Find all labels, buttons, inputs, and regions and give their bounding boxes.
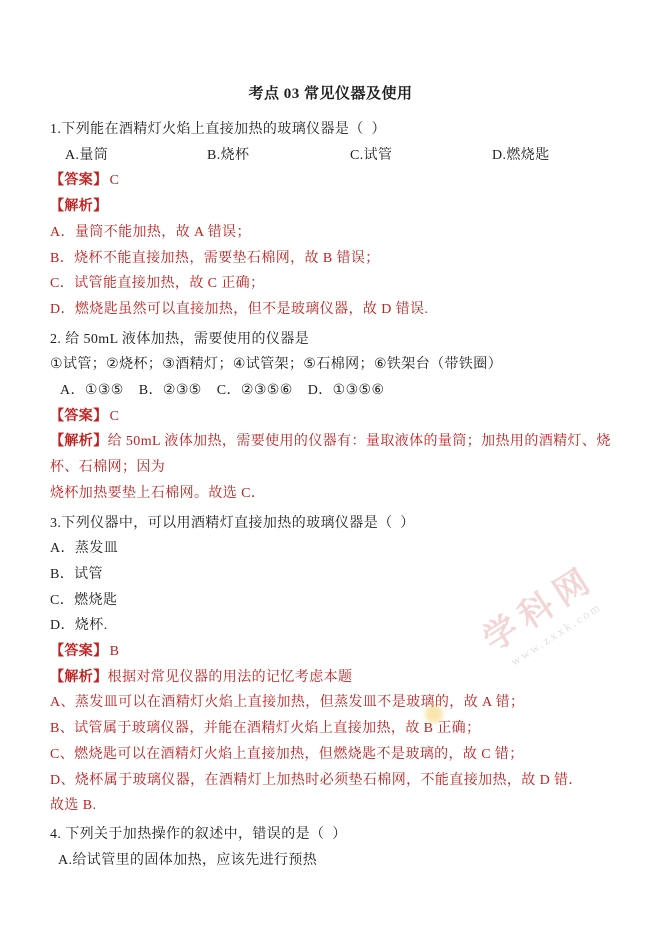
question-3-analysis-line-b: B、试管属于玻璃仪器，并能在酒精灯火焰上直接加热，故 B 正确； <box>50 716 611 742</box>
analysis-label: 【解析】 <box>50 670 108 685</box>
answer-label: 【答案】 <box>50 409 108 424</box>
question-1-answer-line: 【答案】C <box>50 168 611 194</box>
question-2-analysis-line-1: 【解析】给 50mL 液体加热，需要使用的仪器有：量取液体的量筒；加热用的酒精灯… <box>50 429 611 480</box>
question-1-option-a: A.量筒 <box>65 143 207 169</box>
question-1-option-d: D.燃烧匙 <box>492 143 550 169</box>
question-1-analysis-line-d: D．燃烧匙虽然可以直接加热，但不是玻璃仪器，故 D 错误. <box>50 297 611 323</box>
question-1-option-b: B.烧杯 <box>207 143 350 169</box>
analysis-text: 给 50mL 液体加热，需要使用的仪器有：量取液体的量筒；加热用的酒精灯、烧杯、… <box>50 434 611 475</box>
answer-value: C <box>110 173 120 188</box>
question-4: 4. 下列关于加热操作的叙述中，错误的是（ ） A.给试管里的固体加热，应该先进… <box>50 822 611 873</box>
question-3: 3.下列仪器中，可以用酒精灯直接加热的玻璃仪器是（ ） A．蒸发皿 B．试管 C… <box>50 511 611 819</box>
question-2-answer-line: 【答案】C <box>50 404 611 430</box>
question-3-analysis-line-d: D、烧杯属于玻璃仪器，在酒精灯上加热时必须垫石棉网，不能直接加热，故 D 错． <box>50 768 611 794</box>
question-2-option-a: A．①③⑤ <box>60 378 124 404</box>
analysis-label: 【解析】 <box>50 434 108 449</box>
question-4-stem: 4. 下列关于加热操作的叙述中，错误的是（ ） <box>50 822 611 848</box>
analysis-label: 【解析】 <box>50 199 108 214</box>
question-2-stem: 2. 给 50mL 液体加热，需要使用的仪器是 <box>50 327 611 353</box>
question-1-option-c: C.试管 <box>350 143 492 169</box>
question-3-option-b: B．试管 <box>50 562 611 588</box>
answer-value: B <box>110 644 120 659</box>
question-1-analysis-line-c: C．试管能直接加热，故 C 正确； <box>50 271 611 297</box>
document-page: 考点 03 常见仪器及使用 1.下列能在酒精灯火焰上直接加热的玻璃仪器是（ ） … <box>0 0 661 935</box>
question-3-analysis-line-1: 【解析】根据对常见仪器的用法的记忆考虑本题 <box>50 665 611 691</box>
question-1-analysis-line-a: A．量筒不能加热，故 A 错误； <box>50 220 611 246</box>
page-title: 考点 03 常见仪器及使用 <box>50 84 611 104</box>
answer-value: C <box>110 409 120 424</box>
question-2-option-b: B．②③⑤ <box>139 378 202 404</box>
answer-label: 【答案】 <box>50 173 108 188</box>
question-3-analysis-conclusion: 故选 B. <box>50 793 611 819</box>
question-2: 2. 给 50mL 液体加热，需要使用的仪器是 ①试管；②烧杯；③酒精灯；④试管… <box>50 327 611 507</box>
question-3-option-d: D．烧杯. <box>50 613 611 639</box>
question-4-option-a: A.给试管里的固体加热，应该先进行预热 <box>50 848 611 874</box>
question-3-option-a: A．蒸发皿 <box>50 536 611 562</box>
question-1: 1.下列能在酒精灯火焰上直接加热的玻璃仪器是（ ） A.量筒B.烧杯C.试管D.… <box>50 117 611 323</box>
analysis-text: 根据对常见仪器的用法的记忆考虑本题 <box>108 670 353 685</box>
question-3-analysis-line-a: A、蒸发皿可以在酒精灯火焰上直接加热，但蒸发皿不是玻璃的，故 A 错； <box>50 690 611 716</box>
question-2-analysis-line-2: 烧杯加热要垫上石棉网。故选 C． <box>50 481 611 507</box>
question-2-options-row: A．①③⑤B．②③⑤C．②③⑤⑥D．①③⑤⑥ <box>50 378 611 404</box>
question-3-option-c: C．燃烧匙 <box>50 588 611 614</box>
answer-label: 【答案】 <box>50 644 108 659</box>
question-1-options-row: A.量筒B.烧杯C.试管D.燃烧匙 <box>50 143 611 169</box>
question-2-option-d: D．①③⑤⑥ <box>308 378 385 404</box>
question-3-stem: 3.下列仪器中，可以用酒精灯直接加热的玻璃仪器是（ ） <box>50 511 611 537</box>
question-1-analysis-label-line: 【解析】 <box>50 194 611 220</box>
question-1-stem: 1.下列能在酒精灯火焰上直接加热的玻璃仪器是（ ） <box>50 117 611 143</box>
question-2-option-c: C．②③⑤⑥ <box>217 378 293 404</box>
question-3-answer-line: 【答案】B <box>50 639 611 665</box>
question-3-analysis-line-c: C、燃烧匙可以在酒精灯火焰上直接加热，但燃烧匙不是玻璃的，故 C 错； <box>50 742 611 768</box>
question-1-analysis-line-b: B．烧杯不能直接加热，需要垫石棉网，故 B 错误； <box>50 246 611 272</box>
question-2-equipment-list: ①试管；②烧杯；③酒精灯；④试管架；⑤石棉网；⑥铁架台（带铁圈） <box>50 352 611 378</box>
